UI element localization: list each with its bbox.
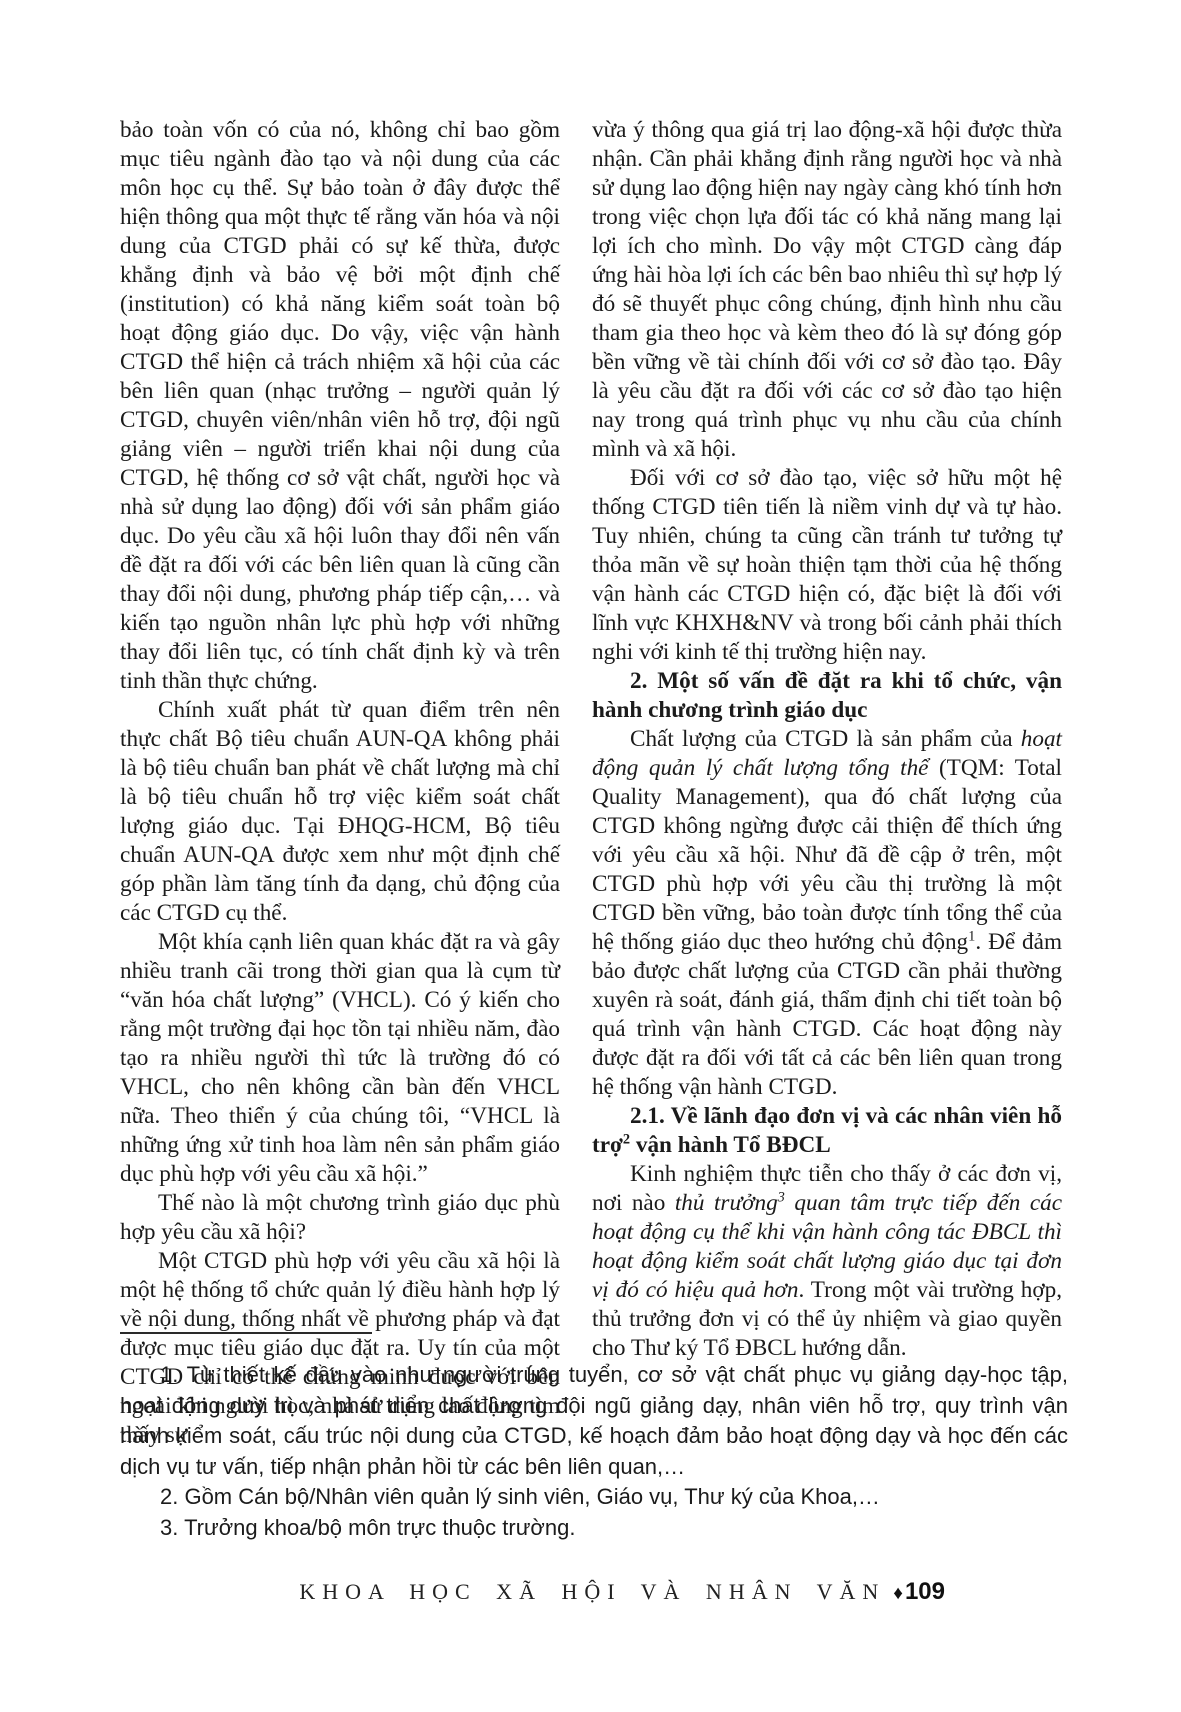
paragraph: 2. Gồm Cán bộ/Nhân viên quản lý sinh viê…: [120, 1482, 1068, 1513]
paragraph: Chất lượng của CTGD là sản phẩm của hoạt…: [592, 725, 1062, 1102]
journal-name: KHOA HỌC XÃ HỘI VÀ NHÂN VĂN: [299, 1579, 885, 1605]
paragraph: vừa ý thông qua giá trị lao động-xã hội …: [592, 116, 1062, 464]
diamond-icon: ♦: [893, 1583, 903, 1605]
paragraph: Chính xuất phát từ quan điểm trên nên th…: [120, 696, 560, 928]
paragraph: 1. Từ thiết kế đầu vào như người trúng t…: [120, 1360, 1068, 1482]
section-heading: 2.1. Về lãnh đạo đơn vị và các nhân viên…: [592, 1102, 1062, 1160]
paragraph: bảo toàn vốn có của nó, không chỉ bao gồ…: [120, 116, 560, 696]
right-column: vừa ý thông qua giá trị lao động-xã hội …: [592, 116, 1062, 1450]
page-number: 109: [905, 1578, 945, 1606]
footnote-area: 1. Từ thiết kế đầu vào như người trúng t…: [120, 1332, 1068, 1543]
footnote-separator: [120, 1332, 372, 1334]
paragraph: Đối với cơ sở đào tạo, việc sở hữu một h…: [592, 464, 1062, 667]
footnotes: 1. Từ thiết kế đầu vào như người trúng t…: [120, 1360, 1068, 1543]
paragraph: Thế nào là một chương trình giáo dục phù…: [120, 1189, 560, 1247]
page-footer: KHOA HỌC XÃ HỘI VÀ NHÂN VĂN ♦ 109: [299, 1578, 945, 1606]
journal-page: bảo toàn vốn có của nó, không chỉ bao gồ…: [0, 0, 1181, 1712]
page-body: bảo toàn vốn có của nó, không chỉ bao gồ…: [120, 116, 1062, 1450]
left-column: bảo toàn vốn có của nó, không chỉ bao gồ…: [120, 116, 560, 1450]
paragraph: 3. Trưởng khoa/bộ môn trực thuộc trường.: [120, 1513, 1068, 1544]
paragraph: Một khía cạnh liên quan khác đặt ra và g…: [120, 928, 560, 1189]
section-heading: 2. Một số vấn đề đặt ra khi tổ chức, vận…: [592, 667, 1062, 725]
